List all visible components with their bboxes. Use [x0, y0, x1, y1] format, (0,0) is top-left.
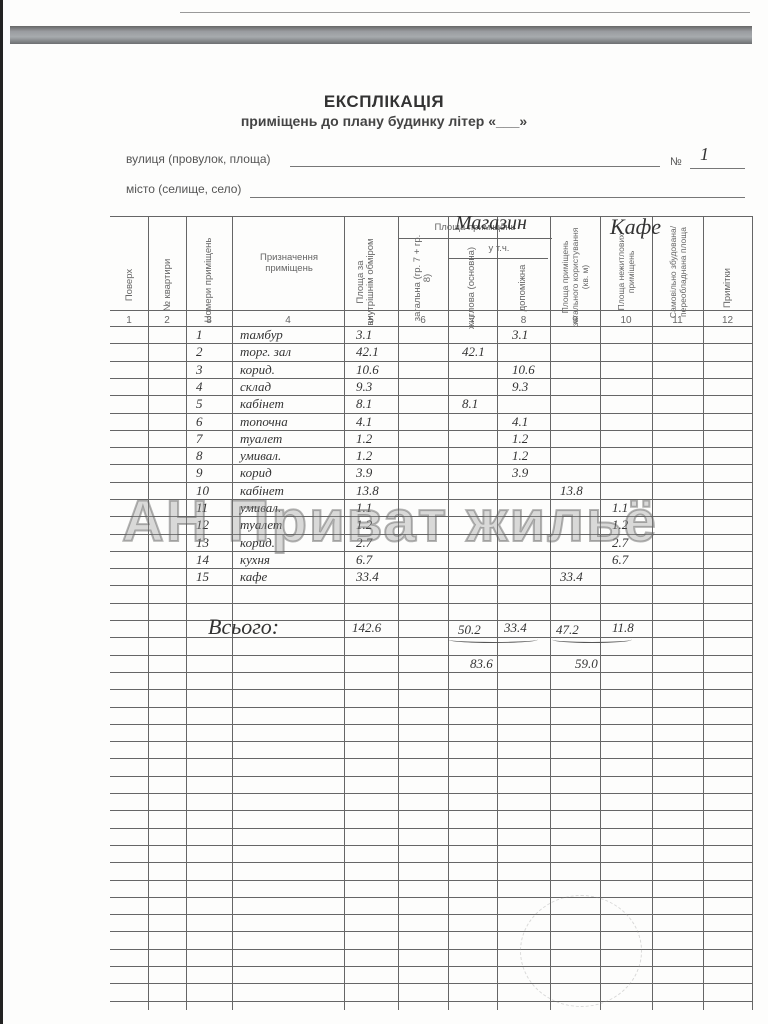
row-divider	[110, 343, 752, 344]
number-field	[690, 168, 745, 169]
column-divider	[398, 216, 399, 1010]
room-number: 8	[196, 448, 203, 464]
row-divider	[110, 620, 752, 621]
column-divider	[497, 216, 498, 1010]
column-divider	[600, 216, 601, 1010]
column-number: 2	[148, 315, 186, 326]
city-field	[250, 197, 745, 198]
row-divider	[110, 603, 752, 604]
room-area: 8.1	[356, 396, 372, 412]
city-label: місто (селище, село)	[126, 182, 241, 196]
row-divider	[110, 672, 752, 673]
room-number: 2	[196, 344, 203, 360]
floor-header: Поверх	[125, 250, 135, 320]
row-divider	[110, 931, 752, 932]
column-divider	[448, 216, 449, 1010]
column-divider	[703, 216, 704, 1010]
scan-band	[10, 26, 752, 44]
room-purpose: тамбур	[240, 327, 283, 343]
auxiliary-area: 1.2	[512, 431, 528, 447]
row-divider	[110, 828, 752, 829]
row-divider	[110, 655, 752, 656]
row-divider	[110, 1001, 752, 1002]
shop-brace	[448, 636, 538, 643]
column-divider	[148, 216, 149, 1010]
total-area: 142.6	[352, 620, 381, 636]
room-area: 3.9	[356, 465, 372, 481]
column-number: 12	[703, 315, 752, 326]
street-field	[290, 166, 660, 167]
column-number: 11	[652, 315, 703, 326]
room-purpose: умивал.	[240, 448, 281, 464]
room-purpose: склад	[240, 379, 271, 395]
room-area: 42.1	[356, 344, 379, 360]
row-divider	[110, 810, 752, 811]
room-area: 3.1	[356, 327, 372, 343]
column-divider	[752, 216, 753, 1010]
room-number: 5	[196, 396, 203, 412]
room-area: 1.2	[356, 448, 372, 464]
column-number: 7	[448, 315, 497, 326]
document-subtitle: приміщень до плану будинку літер «___»	[0, 113, 768, 129]
total-nonresidential: 11.8	[612, 620, 634, 636]
row-divider	[110, 637, 752, 638]
column-divider	[232, 216, 233, 1010]
column-divider	[652, 216, 653, 1010]
street-label: вулиця (провулок, площа)	[126, 152, 271, 166]
room-number: 4	[196, 379, 203, 395]
row-divider	[110, 689, 752, 690]
living-area: 8.1	[462, 396, 478, 412]
handwritten-shop-label: Магазин	[455, 212, 527, 235]
total-area-header: загальна (гр. 7 + гр. 8)	[413, 233, 433, 323]
row-divider	[110, 707, 752, 708]
incl-header: у т.ч.	[450, 243, 548, 254]
auxiliary-area: 3.1	[512, 327, 528, 343]
room-number: 6	[196, 414, 203, 430]
room-number: 15	[196, 569, 209, 585]
room-number: 1	[196, 327, 203, 343]
row-divider	[110, 914, 752, 915]
total-auxiliary: 33.4	[504, 620, 527, 636]
column-divider	[344, 216, 345, 1010]
room-number: 7	[196, 431, 203, 447]
number-value: 1	[700, 144, 709, 165]
internal-area-header: Площа за внутрішнім обміром	[356, 237, 376, 327]
room-number: 3	[196, 362, 203, 378]
room-purpose: топочна	[240, 414, 288, 430]
row-divider	[110, 413, 752, 414]
watermark: АН Приват жильё	[122, 488, 658, 555]
room-purpose: кабінет	[240, 396, 284, 412]
cafe-subtotal: 59.0	[575, 656, 598, 672]
row-divider	[110, 897, 752, 898]
row-divider	[110, 741, 752, 742]
incl-divider	[448, 258, 548, 259]
row-divider	[110, 862, 752, 863]
room-number: 9	[196, 465, 203, 481]
column-number: 3	[186, 315, 232, 326]
room-purpose: туалет	[240, 431, 282, 447]
faded-stamp	[520, 895, 642, 1007]
row-divider	[110, 464, 752, 465]
room-area: 10.6	[356, 362, 379, 378]
column-number: 8	[497, 315, 550, 326]
row-divider	[110, 361, 752, 362]
purpose-header: Призначення приміщень	[235, 252, 343, 274]
row-divider	[110, 378, 752, 379]
total-label: Всього:	[208, 614, 279, 640]
row-divider	[110, 983, 752, 984]
room-purpose: корид	[240, 465, 272, 481]
document-title: ЕКСПЛІКАЦІЯ	[0, 92, 768, 112]
common-area: 33.4	[560, 569, 583, 585]
scan-artifact-line	[180, 12, 750, 13]
column-divider	[186, 216, 187, 1010]
row-divider	[110, 724, 752, 725]
auxiliary-area: 3.9	[512, 465, 528, 481]
row-divider	[110, 776, 752, 777]
number-label: №	[670, 156, 682, 168]
row-divider	[110, 880, 752, 881]
shop-subtotal: 83.6	[470, 656, 493, 672]
column-number: 9	[550, 315, 600, 326]
column-number: 5	[344, 315, 398, 326]
cafe-brace	[552, 636, 632, 643]
room-area: 1.2	[356, 431, 372, 447]
column-number: 4	[232, 315, 344, 326]
row-divider	[110, 430, 752, 431]
row-divider	[110, 395, 752, 396]
column-number: 10	[600, 315, 652, 326]
auxiliary-area: 10.6	[512, 362, 535, 378]
room-area: 4.1	[356, 414, 372, 430]
auxiliary-area: 9.3	[512, 379, 528, 395]
unauthorized-area-header: Самовільно збудована/переобладнана площа	[668, 218, 688, 326]
row-divider	[110, 447, 752, 448]
nonresidential-header: Площа нежитлових приміщень	[616, 218, 636, 326]
auxiliary-area: 4.1	[512, 414, 528, 430]
room-purpose: корид.	[240, 362, 275, 378]
column-number: 1	[110, 315, 148, 326]
room-area: 9.3	[356, 379, 372, 395]
row-divider	[110, 793, 752, 794]
column-number: 6	[398, 315, 448, 326]
row-divider	[110, 949, 752, 950]
column-divider	[550, 216, 551, 1010]
room-area: 33.4	[356, 569, 379, 585]
room-purpose: торг. зал	[240, 344, 291, 360]
row-divider	[110, 845, 752, 846]
living-area: 42.1	[462, 344, 485, 360]
auxiliary-area: 1.2	[512, 448, 528, 464]
scan-edge	[0, 0, 3, 1024]
row-divider	[110, 758, 752, 759]
room-purpose: кафе	[240, 569, 267, 585]
row-divider	[110, 966, 752, 967]
